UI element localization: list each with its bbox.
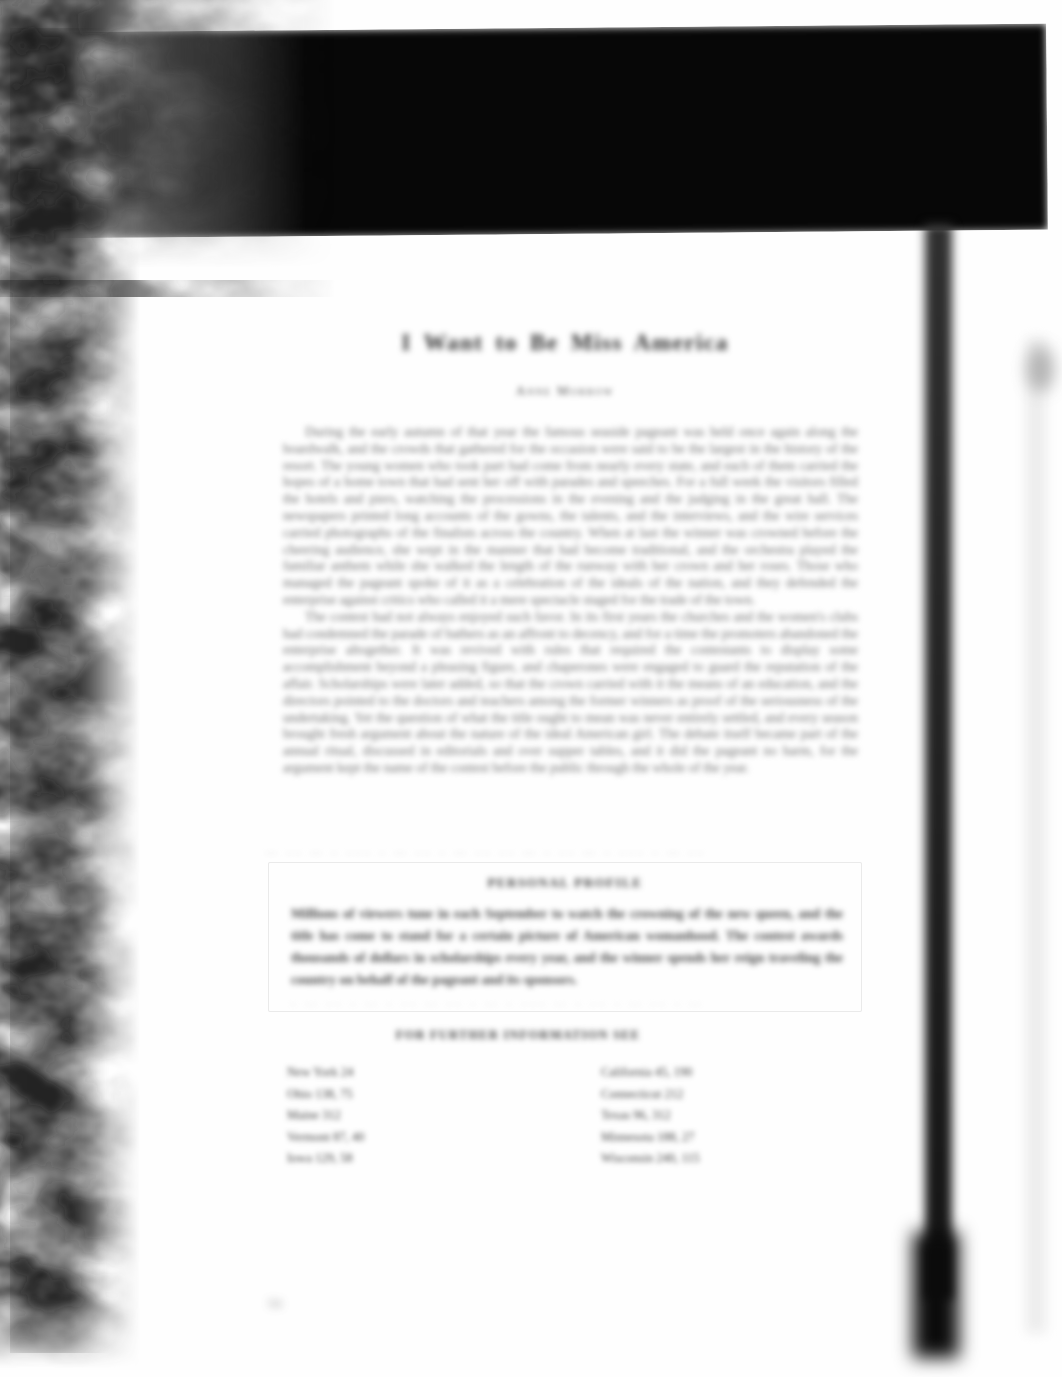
adjacent-page-edge [1026,338,1046,1333]
reference-entry: Texas 96, 312 [601,1105,751,1127]
scanned-book-page: I Want to Be Miss America Anne Morrow Du… [0,0,1062,1377]
note-box-text: Millions of viewers tune in each Septemb… [291,903,843,997]
page-number: 94 [268,1297,282,1313]
reference-entry: Ohio 138, 75 [287,1084,412,1106]
reference-column-right: California 45, 190 Connecticut 212 Texas… [601,1062,751,1170]
reference-entry: Iowa 129, 58 [287,1148,412,1170]
reference-entry: Wisconsin 240, 115 [601,1148,751,1170]
body-paragraph: During the early autumn of that year the… [283,424,858,609]
reference-entry: California 45, 190 [601,1062,751,1084]
article-body: During the early autumn of that year the… [283,424,858,826]
page-gutter-shadow [925,224,952,1299]
faded-text-row: — –– — – ––– – — –– – — –– –– — – –– — –… [265,845,825,860]
note-box-heading: PERSONAL PROFILE [269,875,861,891]
author-byline: Anne Morrow [290,383,840,399]
reference-entry: Vermont 87, 40 [287,1127,412,1149]
reference-entry: Maine 312 [287,1105,412,1127]
body-paragraph: The contest had not always enjoyed such … [283,609,858,777]
page-gutter-shadow-bottom [913,1232,959,1358]
article-title: I Want to Be Miss America [290,330,840,356]
reference-entry: New York 24 [287,1062,412,1084]
note-box: PERSONAL PROFILE Millions of viewers tun… [268,862,862,1012]
faded-text-row: – — –– – — – –– — –– – — – ––– — – –– – … [290,996,855,1011]
adjacent-page-text-smudge [1027,346,1054,392]
reference-entry: Minnesota 188, 27 [601,1127,751,1149]
reference-column-left: New York 24 Ohio 138, 75 Maine 312 Vermo… [287,1062,412,1170]
further-reading-heading: FOR FURTHER INFORMATION SEE [230,1028,806,1043]
reference-entry: Connecticut 212 [601,1084,751,1106]
